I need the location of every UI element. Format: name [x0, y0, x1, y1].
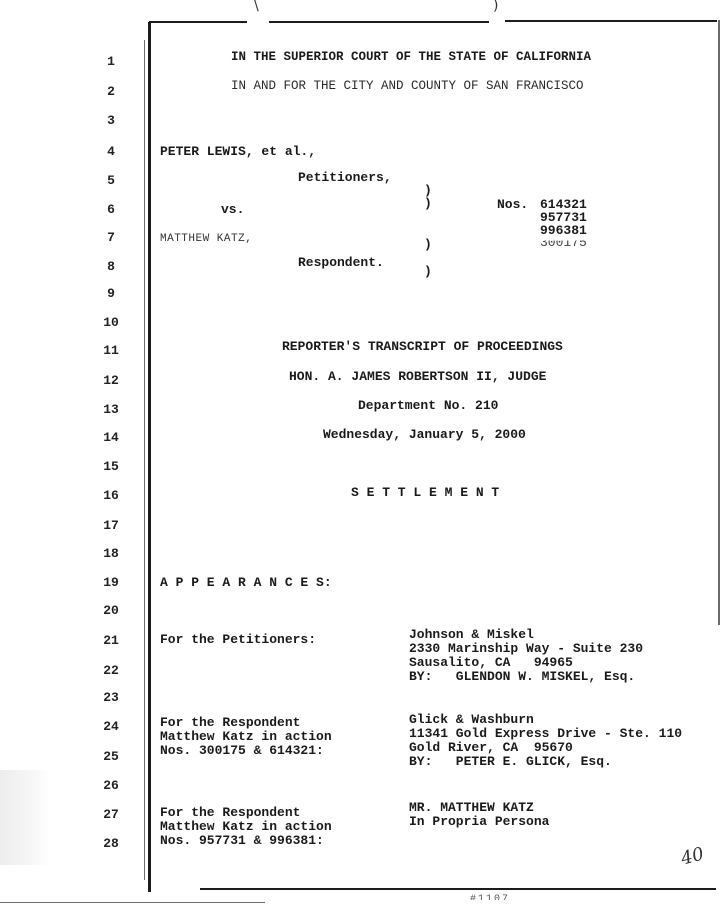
proceeding-type: S E T T L E M E N T	[351, 486, 499, 499]
line-number: 5	[96, 174, 126, 188]
petitioner-name: PETER LEWIS, et al.,	[160, 145, 316, 158]
line-number: 11	[96, 344, 126, 358]
frame-left-rule	[148, 22, 151, 892]
line-number: 4	[96, 145, 126, 159]
line-number: 24	[96, 720, 126, 734]
line-number: 12	[96, 374, 126, 388]
line-number: 28	[96, 837, 126, 851]
appearance-counsel-line: 11341 Gold Express Drive - Ste. 110	[409, 727, 682, 740]
respondent-role: Respondent.	[298, 256, 384, 269]
line-number: 7	[96, 231, 126, 245]
appearance-party: Matthew Katz in action	[160, 820, 332, 833]
caption-bracket: )	[424, 238, 432, 251]
appearance-party: Nos. 300175 & 614321:	[160, 744, 324, 757]
appearance-counsel-line: MR. MATTHEW KATZ	[409, 801, 534, 814]
line-number: 3	[96, 114, 126, 128]
appearance-counsel-line: Sausalito, CA 94965	[409, 656, 573, 669]
petitioner-role: Petitioners,	[298, 171, 392, 184]
line-number: 9	[96, 287, 126, 301]
appearance-counsel-line: In Propria Persona	[409, 815, 549, 828]
frame-top-left	[149, 21, 247, 23]
footer-stamp: #1107	[470, 894, 510, 905]
appearance-party: For the Petitioners:	[160, 633, 316, 646]
frame-bottom-left-rule	[0, 902, 265, 903]
line-number: 26	[96, 779, 126, 793]
punch-mark-left: \	[254, 0, 259, 14]
caption-bracket: )	[424, 197, 432, 210]
department: Department No. 210	[358, 399, 498, 412]
proceeding-date: Wednesday, January 5, 2000	[323, 428, 526, 441]
appearance-counsel-line: Glick & Washburn	[409, 713, 534, 726]
appearance-counsel-line: 2330 Marinship Way - Suite 230	[409, 642, 643, 655]
line-number: 8	[96, 260, 126, 274]
appearance-counsel-line: BY: GLENDON W. MISKEL, Esq.	[409, 670, 635, 683]
appearance-party: Matthew Katz in action	[160, 730, 332, 743]
appearance-counsel-line: Gold River, CA 95670	[409, 741, 573, 754]
judge-name: HON. A. JAMES ROBERTSON II, JUDGE	[289, 370, 546, 383]
line-number: 17	[96, 519, 126, 533]
line-number: 27	[96, 808, 126, 822]
line-number: 13	[96, 403, 126, 417]
transcript-heading: REPORTER'S TRANSCRIPT OF PROCEEDINGS	[282, 340, 563, 353]
line-number: 6	[96, 203, 126, 217]
respondent-name: MATTHEW KATZ,	[160, 233, 252, 246]
frame-right-rule	[718, 20, 720, 625]
line-number: 10	[96, 316, 126, 330]
line-number: 21	[96, 634, 126, 648]
court-name-line1: IN THE SUPERIOR COURT OF THE STATE OF CA…	[231, 51, 591, 64]
line-number: 23	[96, 691, 126, 705]
line-number: 1	[96, 55, 126, 69]
caption-bracket: )	[424, 265, 432, 278]
court-name-line2: IN AND FOR THE CITY AND COUNTY OF SAN FR…	[231, 80, 584, 93]
line-number: 22	[96, 664, 126, 678]
line-number: 19	[96, 576, 126, 590]
line-number: 18	[96, 547, 126, 561]
appearance-counsel-line: Johnson & Miskel	[409, 628, 534, 641]
line-number: 14	[96, 431, 126, 445]
punch-mark-right: )	[493, 0, 498, 14]
scan-smudge	[0, 770, 50, 865]
line-number: 15	[96, 460, 126, 474]
frame-top-center	[269, 21, 489, 23]
frame-left-rule-double	[144, 40, 145, 880]
case-numbers-label: Nos.	[497, 198, 528, 211]
frame-top-right	[505, 20, 717, 22]
frame-bottom-rule	[200, 888, 716, 890]
appearance-party: Nos. 957731 & 996381:	[160, 834, 324, 847]
appearances-heading: A P P E A R A N C E S:	[160, 576, 332, 589]
appearance-counsel-line: BY: PETER E. GLICK, Esq.	[409, 755, 612, 768]
line-number: 16	[96, 489, 126, 503]
case-number: 996381	[540, 224, 587, 237]
line-number: 20	[96, 604, 126, 618]
appearance-party: For the Respondent	[160, 806, 300, 819]
line-number: 25	[96, 750, 126, 764]
appearance-party: For the Respondent	[160, 716, 300, 729]
versus: vs.	[221, 203, 244, 216]
line-number: 2	[96, 85, 126, 99]
handwritten-page-mark: 40	[679, 843, 707, 869]
